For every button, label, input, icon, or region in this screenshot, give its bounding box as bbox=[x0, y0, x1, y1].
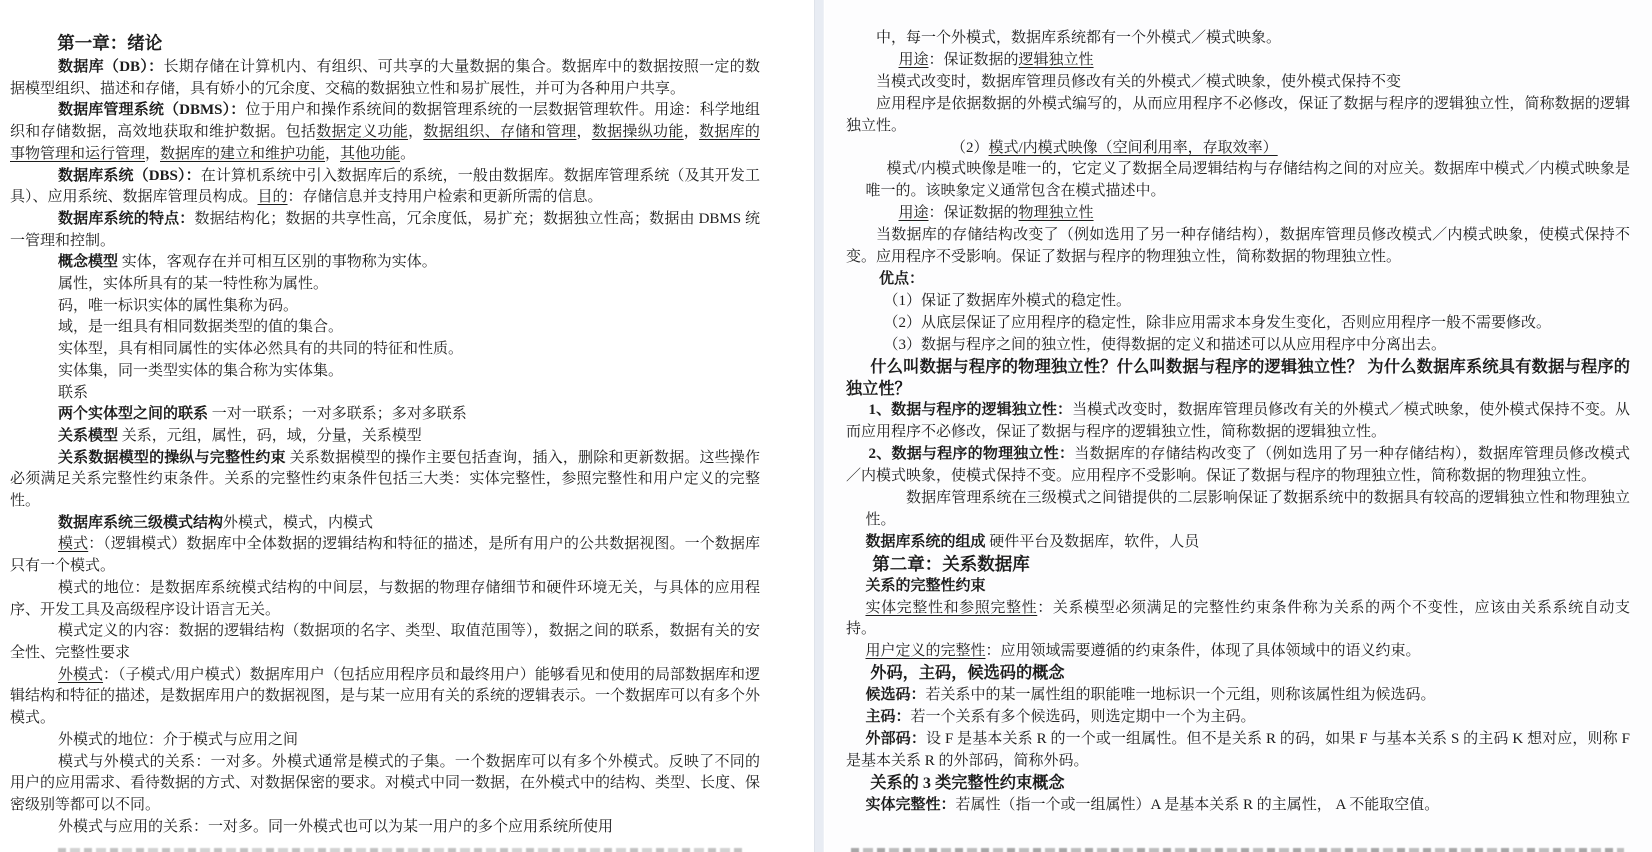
paragraph: 外部码：设 F 是基本关系 R 的一个或一组属性。但不是关系 R 的码，如果 F… bbox=[846, 729, 1630, 773]
paragraph: 数据库系统的特点：数据结构化；数据的共享性高，冗余度低，易扩充；数据独立性高；数… bbox=[10, 209, 760, 252]
paragraph: 关系数据模型的操纵与完整性约束 关系数据模型的操作主要包括查询，插入，删除和更新… bbox=[10, 448, 760, 513]
paragraph: 第一章：绪论 bbox=[10, 30, 760, 57]
paragraph: 外模式的地位：介于模式与应用之间 bbox=[10, 730, 760, 752]
paragraph: 两个实体型之间的联系 一对一联系；一对多联系；多对多联系 bbox=[10, 404, 760, 426]
paragraph: 模式/内模式映像是唯一的，它定义了数据全局逻辑结构与存储结构之间的对应关。数据库… bbox=[866, 159, 1631, 203]
paragraph: 外模式与应用的关系：一对多。同一外模式也可以为某一用户的多个应用系统所使用 bbox=[10, 817, 760, 839]
paragraph: 实体完整性和参照完整性：关系模型必须满足的完整性约束条件称为关系的两个不变性，应… bbox=[846, 598, 1630, 642]
paragraph: （2）从底层保证了应用程序的稳定性，除非应用需求本身发生变化，否则应用程序一般不… bbox=[846, 313, 1630, 335]
paragraph: 当数据库的存储结构改变了（例如选用了另一种存储结构），数据库管理员修改模式／内模… bbox=[846, 225, 1630, 269]
cutoff-text-sliver-right bbox=[851, 848, 1624, 852]
paragraph: 应用程序是依据数据的外模式编写的，从而应用程序不必修改，保证了数据与程序的逻辑独… bbox=[846, 94, 1630, 138]
paragraph: 属性，实体所具有的某一特性称为属性。 bbox=[10, 274, 760, 296]
paragraph: 候选码：若关系中的某一属性组的职能唯一地标识一个元组，则称该属性组为候选码。 bbox=[846, 685, 1630, 707]
paragraph: 数据库管理系统（DBMS）：位于用户和操作系统间的数据管理系统的一层数据管理软件… bbox=[10, 100, 760, 165]
paragraph: 2、数据与程序的物理独立性：当数据库的存储结构改变了（例如选用了另一种存储结构）… bbox=[846, 444, 1630, 488]
paragraph: 实体集，同一类型实体的集合称为实体集。 bbox=[10, 361, 760, 383]
paragraph: 用户定义的完整性：应用领域需要遵循的约束条件，体现了具体领域中的语义约束。 bbox=[846, 641, 1630, 663]
paragraph: 实体型，具有相同属性的实体必然具有的共同的特征和性质。 bbox=[10, 339, 760, 361]
paragraph: （1）保证了数据库外模式的稳定性。 bbox=[846, 291, 1630, 313]
paragraph: 数据库系统（DBS）：在计算机系统中引入数据库后的系统，一般由数据库。数据库管理… bbox=[10, 166, 760, 209]
paragraph: 码，唯一标识实体的属性集称为码。 bbox=[10, 296, 760, 318]
page-left[interactable]: 第一章：绪论数据库（DB）：长期存储在计算机内、有组织、可共享的大量数据的集合。… bbox=[0, 0, 814, 852]
page-left-content: 第一章：绪论数据库（DB）：长期存储在计算机内、有组织、可共享的大量数据的集合。… bbox=[10, 30, 760, 838]
paragraph: 联系 bbox=[10, 383, 760, 405]
paragraph: 用途：保证数据的逻辑独立性 bbox=[846, 50, 1630, 72]
paragraph: 概念模型 实体，客观存在并可相互区别的事物称为实体。 bbox=[10, 252, 760, 274]
paragraph: （3）数据与程序之间的独立性，使得数据的定义和描述可以从应用程序中分离出去。 bbox=[846, 335, 1630, 357]
paragraph: 用途：保证数据的物理独立性 bbox=[846, 203, 1630, 225]
paragraph: 外码，主码，候选码的概念 bbox=[846, 663, 1630, 685]
paragraph: 1、数据与程序的逻辑独立性：当模式改变时，数据库管理员修改有关的外模式／模式映象… bbox=[846, 400, 1630, 444]
paragraph: 数据库系统的组成 硬件平台及数据库，软件，人员 bbox=[846, 532, 1630, 554]
paragraph: 中，每一个外模式，数据库系统都有一个外模式／模式映象。 bbox=[846, 28, 1630, 50]
paragraph: 关系的 3 类完整性约束概念 bbox=[846, 773, 1630, 795]
page-right-content: 中，每一个外模式，数据库系统都有一个外模式／模式映象。用途：保证数据的逻辑独立性… bbox=[846, 28, 1630, 817]
page-gutter bbox=[814, 0, 824, 852]
paragraph: 模式与外模式的关系：一对多。外模式通常是模式的子集。一个数据库可以有多个外模式。… bbox=[10, 752, 760, 817]
paragraph: 关系模型 关系，元组，属性，码，域，分量，关系模型 bbox=[10, 426, 760, 448]
paragraph: 数据库系统三级模式结构外模式，模式，内模式 bbox=[10, 513, 760, 535]
paragraph: 当模式改变时，数据库管理员修改有关的外模式／模式映象，使外模式保持不变 bbox=[846, 72, 1630, 94]
paragraph: 模式的地位：是数据库系统模式结构的中间层，与数据的物理存储细节和硬件环境无关，与… bbox=[10, 578, 760, 621]
paragraph: 第二章：关系数据库 bbox=[846, 554, 1630, 576]
paragraph: 域，是一组具有相同数据类型的值的集合。 bbox=[10, 317, 760, 339]
paragraph: 模式定义的内容：数据的逻辑结构（数据项的名字、类型、取值范围等），数据之间的联系… bbox=[10, 621, 760, 664]
paragraph: 数据库管理系统在三级模式之间错提供的二层影响保证了数据系统中的数据具有较高的逻辑… bbox=[866, 488, 1631, 532]
cutoff-text-sliver-left bbox=[58, 848, 744, 852]
paragraph: 实体完整性：若属性（指一个或一组属性）A 是基本关系 R 的主属性， A 不能取… bbox=[846, 795, 1630, 817]
page-right[interactable]: 中，每一个外模式，数据库系统都有一个外模式／模式映象。用途：保证数据的逻辑独立性… bbox=[825, 0, 1652, 852]
paragraph: 模式：（逻辑模式）数据库中全体数据的逻辑结构和特征的描述，是所有用户的公共数据视… bbox=[10, 534, 760, 577]
paragraph: 外模式：（子模式/用户模式）数据库用户（包括应用程序员和最终用户）能够看见和使用… bbox=[10, 665, 760, 730]
paragraph: 什么叫数据与程序的物理独立性？什么叫数据与程序的逻辑独立性？ 为什么数据库系统具… bbox=[846, 357, 1630, 401]
paragraph: 主码：若一个关系有多个候选码，则选定期中一个为主码。 bbox=[846, 707, 1630, 729]
paragraph: 优点： bbox=[846, 269, 1630, 291]
paragraph: 关系的完整性约束 bbox=[846, 576, 1630, 598]
paragraph: 数据库（DB）：长期存储在计算机内、有组织、可共享的大量数据的集合。数据库中的数… bbox=[10, 57, 760, 100]
paragraph: （2）模式/内模式映像（空间利用率，存取效率） bbox=[846, 138, 1630, 160]
